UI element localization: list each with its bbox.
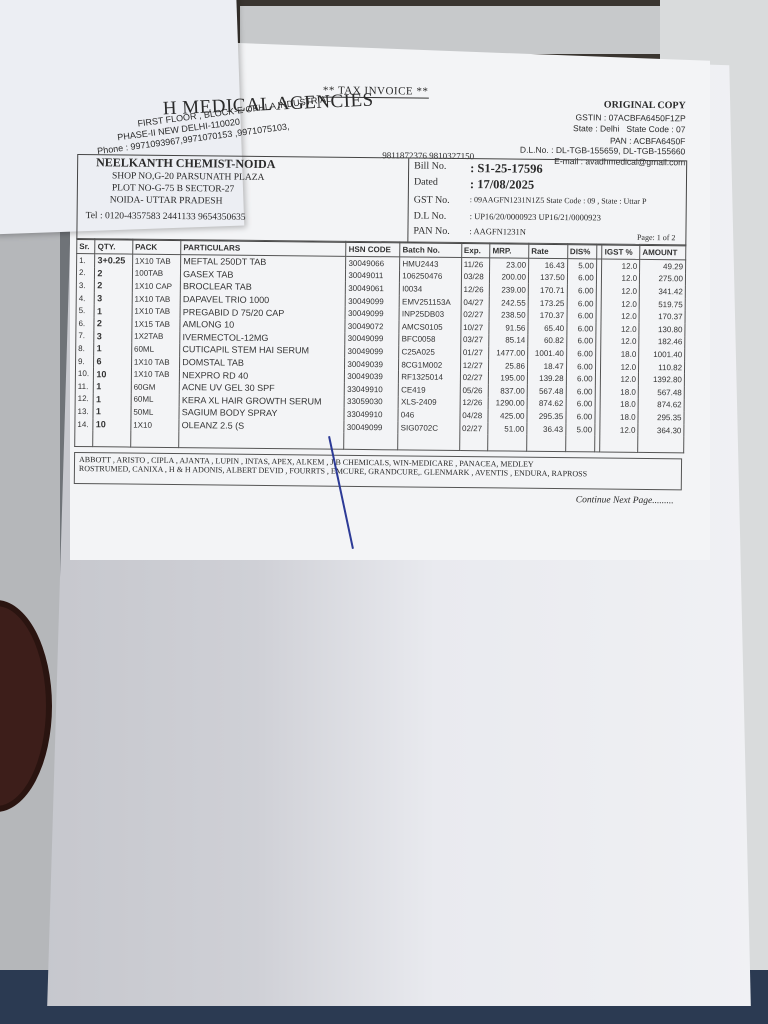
cell-rate: 36.43 [527, 422, 566, 435]
cell-qty: 3+0.25 [95, 254, 133, 267]
cell-rate: 65.40 [528, 322, 567, 335]
cell-empty [179, 431, 344, 449]
column-header: Rate [529, 243, 568, 258]
cell-igst: 12.0 [601, 310, 639, 323]
cell-sr: 8. [76, 342, 95, 355]
cell-batch: 046 [398, 408, 460, 421]
cell-mrp: 425.00 [488, 409, 527, 422]
cell-dis: 5.00 [566, 423, 595, 436]
cell-amount: 182.46 [639, 335, 685, 348]
cell-qty: 1 [94, 393, 132, 406]
cell-qty: 2 [95, 267, 133, 280]
continue-note: Continue Next Page......... [576, 495, 674, 506]
cell-mrp: 200.00 [490, 271, 529, 284]
cell-qty: 1 [94, 342, 132, 355]
buyer-tel: Tel : 0120-4357583 2441133 9654350635 [86, 211, 246, 223]
cell-batch: HMU2443 [400, 257, 462, 271]
cell-rate: 60.82 [528, 334, 567, 347]
cell-hsn: 30049066 [346, 256, 400, 270]
cell-hsn: 30049099 [344, 421, 398, 434]
cell-batch: CE419 [399, 383, 461, 396]
cell-pack: 1X10 TAB [132, 292, 180, 305]
cell-batch: C25A025 [399, 346, 461, 359]
cell-dis: 6.00 [566, 347, 595, 360]
cell-exp: 02/27 [460, 422, 489, 435]
cell-sr: 11. [75, 380, 94, 393]
cell-sr: 2. [76, 267, 95, 280]
cell-pack: 60GM [131, 381, 179, 394]
cell-pack: 1X10 [131, 418, 179, 431]
cell-dis: 6.00 [566, 360, 595, 373]
page-indicator: Page: 1 of 2 [637, 233, 676, 242]
cell-amount: 49.29 [640, 259, 686, 273]
cell-igst: 12.0 [602, 297, 640, 310]
cell-empty [398, 434, 460, 451]
buyer-dl: D.L No.: UP16/20/0000923 UP16/21/0000923 [414, 211, 601, 224]
cell-amount: 567.48 [638, 386, 684, 399]
cell-mrp: 51.00 [488, 422, 527, 435]
cell-hsn: 33059030 [344, 395, 398, 408]
buyer-name: NEELKANTH CHEMIST-NOIDA [96, 155, 275, 172]
cell-hsn: 33049910 [345, 383, 399, 396]
cell-sr: 7. [76, 330, 95, 343]
cell-hsn: 30049039 [345, 358, 399, 371]
cell-pack: 1X10 TAB [131, 355, 179, 368]
cell-mrp: 239.00 [490, 284, 529, 297]
cell-amount: 364.30 [638, 424, 684, 437]
cell-amount: 275.00 [640, 272, 686, 285]
column-header: PARTICULARS [181, 240, 346, 257]
manufacturers-list: ABBOTT , ARISTO , CIPLA , AJANTA , LUPIN… [74, 452, 682, 490]
column-header: AMOUNT [640, 244, 686, 259]
cell-sr: 10. [75, 367, 94, 380]
cell-mrp: 1290.00 [488, 397, 527, 410]
cell-dis: 6.00 [567, 297, 596, 310]
cell-exp: 12/27 [460, 359, 489, 372]
cell-pack: 1X15 TAB [132, 318, 180, 331]
cell-exp: 02/27 [460, 371, 489, 384]
cell-igst: 12.0 [601, 373, 639, 386]
cell-batch: 8CG1M002 [399, 358, 461, 371]
cell-qty: 2 [94, 317, 132, 330]
cell-amount: 1001.40 [639, 348, 685, 361]
cell-rate: 567.48 [527, 385, 566, 398]
cell-empty [93, 430, 131, 447]
cell-mrp: 23.00 [490, 258, 529, 271]
cell-empty [638, 436, 684, 453]
cell-dis: 6.00 [566, 398, 595, 411]
cell-dis: 6.00 [567, 272, 596, 285]
cell-dis: 6.00 [566, 372, 595, 385]
cell-hsn: 30049099 [345, 332, 399, 345]
cell-sr: 3. [76, 279, 95, 292]
cell-mrp: 195.00 [489, 372, 528, 385]
cell-hsn: 33049910 [344, 408, 398, 421]
cell-qty: 1 [93, 405, 131, 418]
cell-mrp: 25.86 [489, 359, 528, 372]
cell-rate: 139.28 [527, 372, 566, 385]
cell-sr: 5. [76, 304, 95, 317]
cell-igst: 12.0 [602, 272, 640, 285]
cell-dis: 6.00 [567, 310, 596, 323]
cell-igst: 18.0 [600, 411, 638, 424]
cell-mrp: 238.50 [489, 309, 528, 322]
column-header: PACK [133, 239, 182, 255]
cell-hsn: 30049039 [345, 370, 399, 383]
column-header: MRP. [490, 243, 529, 258]
cell-igst: 12.0 [600, 423, 638, 436]
cell-pack: 1X10 TAB [132, 254, 180, 268]
cell-batch: I0034 [400, 283, 462, 296]
cell-pack: 50ML [131, 406, 179, 419]
cell-empty [600, 436, 638, 453]
buyer-block: NEELKANTH CHEMIST-NOIDA SHOP NO,G-20 PAR… [77, 155, 409, 242]
cell-igst: 18.0 [601, 385, 639, 398]
cell-amount: 110.82 [639, 361, 685, 374]
cell-sr: 12. [75, 393, 94, 406]
cell-batch: SIG0702C [398, 421, 460, 434]
bill-date: Dated: 17/08/2025 [414, 177, 534, 193]
column-header: Sr. [77, 238, 96, 253]
column-header: DIS% [567, 244, 596, 259]
seller-dl: D.L.No. : DL-TGB-155659, DL-TGB-155660 [520, 145, 685, 157]
cell-exp: 02/27 [461, 308, 490, 321]
cell-amount: 519.75 [639, 298, 685, 311]
cell-empty [459, 434, 488, 451]
column-header: HSN CODE [346, 241, 400, 257]
cell-rate: 170.71 [528, 284, 567, 297]
cell-pack: 100TAB [132, 267, 180, 280]
buyer-gst: GST No.: 09AAGFN1231N1Z5 State Code : 09… [414, 195, 647, 208]
cell-exp: 12/26 [460, 397, 489, 410]
cell-hsn: 30049011 [346, 269, 400, 282]
cell-dis: 6.00 [566, 385, 595, 398]
cell-dis: 6.00 [566, 335, 595, 348]
cell-igst: 18.0 [601, 348, 639, 361]
cell-amount: 341.42 [639, 285, 685, 298]
cell-exp: 03/28 [461, 271, 490, 284]
cell-exp: 12/26 [461, 283, 490, 296]
cell-amount: 874.62 [638, 398, 684, 411]
cell-sr: 9. [76, 355, 95, 368]
cell-batch: BFC0058 [399, 333, 461, 346]
cell-qty: 1 [94, 380, 132, 393]
cell-batch: 106250476 [400, 270, 462, 283]
cell-batch: EMV251153A [399, 295, 461, 308]
cell-rate: 18.47 [527, 359, 566, 372]
cell-qty: 1 [94, 305, 132, 318]
cell-hsn: 30049099 [345, 345, 399, 358]
cell-mrp: 85.14 [489, 334, 528, 347]
cell-qty: 2 [95, 279, 133, 292]
cell-sr: 14. [75, 418, 94, 431]
cell-hsn: 30049072 [345, 320, 399, 333]
cell-empty [527, 435, 566, 452]
cell-exp: 03/27 [460, 334, 489, 347]
cell-empty [344, 433, 398, 450]
buyer-address-2: PLOT NO-G-75 B SECTOR-27 [112, 183, 234, 194]
cell-rate: 170.37 [528, 309, 567, 322]
cell-batch: AMCS0105 [399, 320, 461, 333]
column-header: Exp. [461, 243, 490, 258]
cell-mrp: 91.56 [489, 321, 528, 334]
cell-mrp: 837.00 [488, 384, 527, 397]
cell-igst: 12.0 [602, 259, 640, 272]
cell-empty [75, 430, 94, 447]
cell-exp: 04/28 [460, 409, 489, 422]
cell-rate: 1001.40 [528, 347, 567, 360]
cell-igst: 12.0 [601, 335, 639, 348]
cell-hsn: 30049099 [345, 307, 399, 320]
column-header: QTY. [95, 239, 133, 254]
cell-amount: 295.35 [638, 411, 684, 424]
cell-amount: 1392.80 [638, 373, 684, 386]
cell-rate: 295.35 [527, 410, 566, 423]
cell-rate: 16.43 [529, 258, 568, 271]
cell-dis: 6.00 [566, 410, 595, 423]
cell-sr: 6. [76, 317, 95, 330]
cell-rate: 874.62 [527, 397, 566, 410]
column-header: IGST % [602, 244, 640, 259]
cell-mrp: 242.55 [489, 296, 528, 309]
cell-hsn: 30049099 [346, 295, 400, 308]
bill-number: Bill No.: S1-25-17596 [414, 161, 543, 177]
cell-hsn: 30049061 [346, 282, 400, 295]
cell-batch: XLS-2409 [398, 396, 460, 409]
cell-dis: 6.00 [567, 284, 596, 297]
cell-pack: 1X10 TAB [132, 305, 180, 318]
cell-amount: 130.80 [639, 323, 685, 336]
cell-rate: 137.50 [528, 271, 567, 284]
cell-exp: 04/27 [461, 296, 490, 309]
buyer-pan: PAN No.: AAGFN1231N [413, 226, 526, 238]
cell-pack: 60ML [131, 343, 179, 356]
cell-dis: 5.00 [567, 259, 596, 272]
cell-qty: 6 [94, 355, 132, 368]
cell-igst: 12.0 [601, 322, 639, 335]
cell-sr: 1. [77, 253, 96, 266]
buyer-address-3: NOIDA- UTTAR PRADESH [110, 195, 223, 206]
cell-dis: 6.00 [567, 322, 596, 335]
column-header: Batch No. [400, 242, 462, 258]
cell-amount: 170.37 [639, 310, 685, 323]
cell-qty: 3 [95, 292, 133, 305]
cell-qty: 10 [94, 368, 132, 381]
buyer-address-1: SHOP NO,G-20 PARSUNATH PLAZA [112, 171, 264, 183]
cell-pack: 1X10 CAP [132, 280, 180, 293]
cell-mrp: 1477.00 [489, 346, 528, 359]
cell-exp: 10/27 [461, 321, 490, 334]
cell-empty [131, 431, 180, 448]
cell-rate: 173.25 [528, 297, 567, 310]
cell-pack: 1X10 TAB [131, 368, 179, 381]
cell-batch: RF1325014 [399, 371, 461, 384]
cell-sr: 4. [76, 292, 95, 305]
cell-exp: 11/26 [461, 258, 490, 271]
cell-sr: 13. [75, 405, 94, 418]
cell-qty: 10 [93, 418, 131, 431]
cell-empty [565, 435, 594, 452]
cell-igst: 18.0 [601, 398, 639, 411]
table-body: 1.3+0.251X10 TABMEFTAL 250DT TAB30049066… [75, 253, 686, 453]
party-details-box: NEELKANTH CHEMIST-NOIDA SHOP NO,G-20 PAR… [76, 154, 687, 246]
cell-batch: INP25DB03 [399, 308, 461, 321]
cell-pack: 1X2TAB [132, 330, 180, 343]
seller-gstin: GSTIN : 07ACBFA6450F1ZP [576, 112, 686, 123]
copy-label: ORIGINAL COPY [604, 100, 686, 112]
seller-state: State : Delhi State Code : 07 [573, 123, 686, 134]
items-table: Sr.QTY.PACKPARTICULARSHSN CODEBatch No.E… [74, 238, 686, 454]
cell-exp: 01/27 [460, 346, 489, 359]
cell-exp: 05/26 [460, 384, 489, 397]
cell-igst: 12.0 [602, 285, 640, 298]
cell-igst: 12.0 [601, 360, 639, 373]
cell-pack: 60ML [131, 393, 179, 406]
cell-qty: 3 [94, 330, 132, 343]
cell-empty [488, 435, 527, 452]
